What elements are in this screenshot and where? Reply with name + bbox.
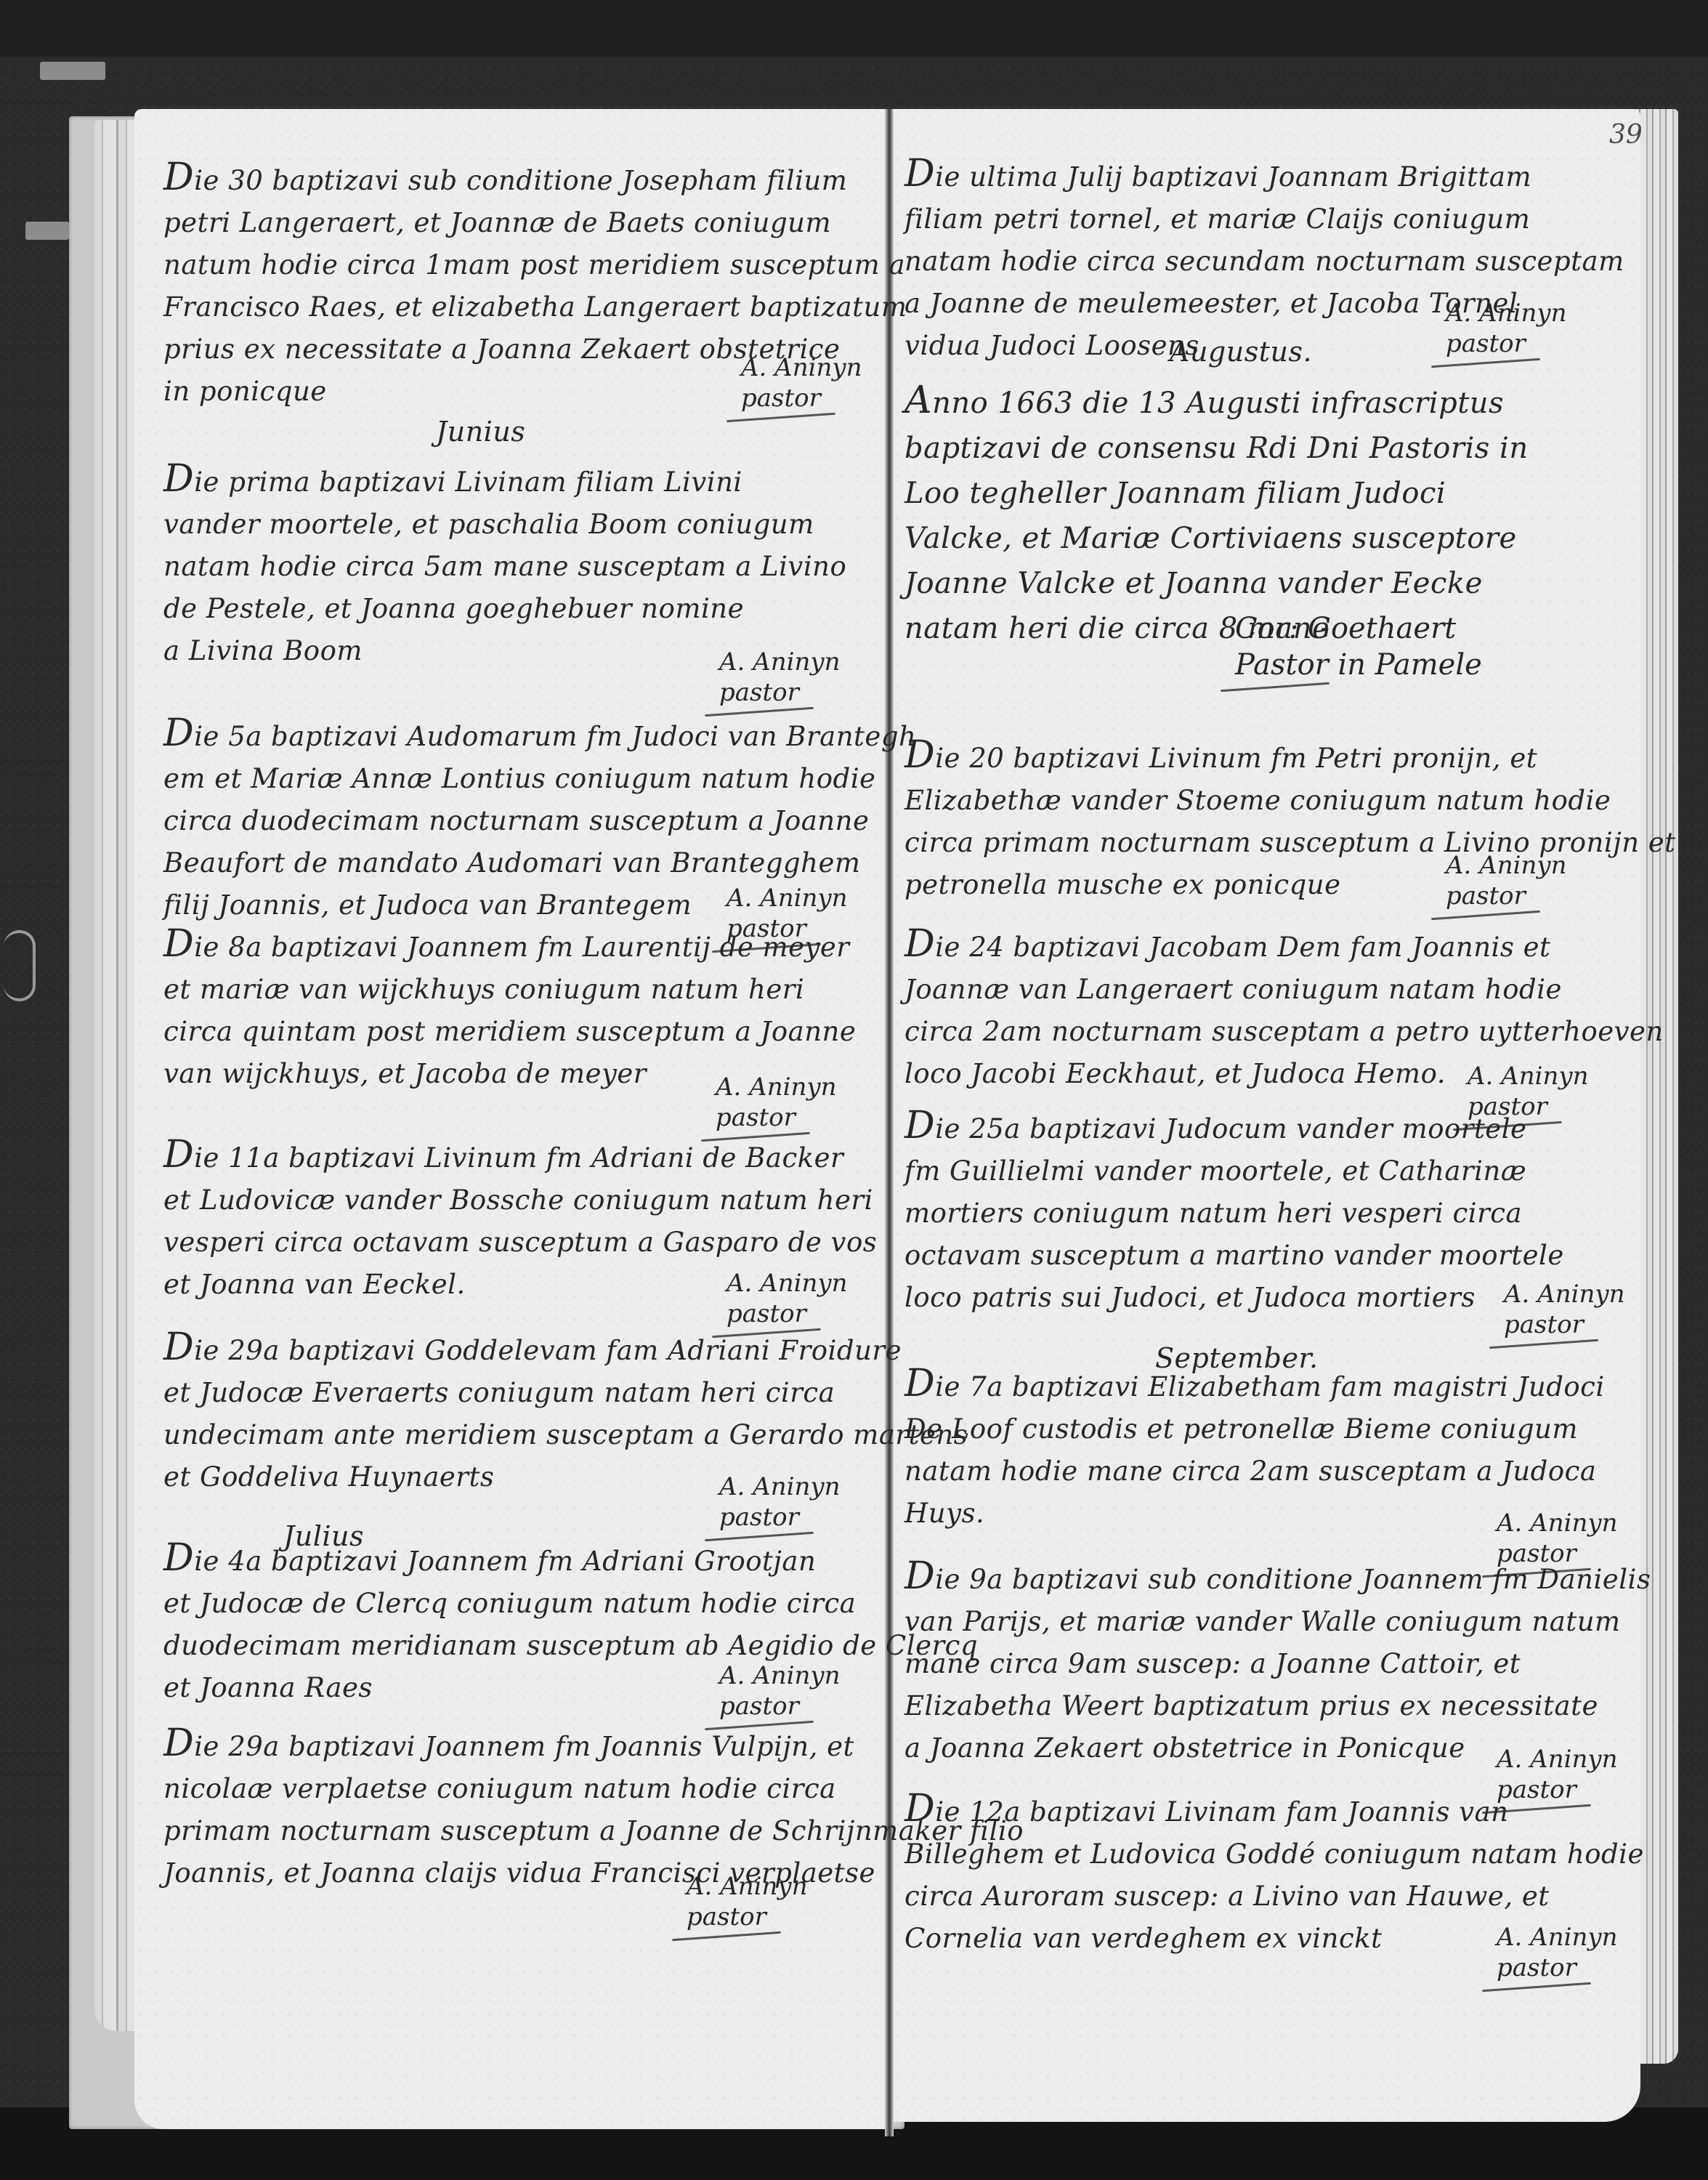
entry-line: van Parijs, et mariæ vander Walle coniug… <box>904 1601 1651 1643</box>
signature: A. Aninynpastor <box>1446 850 1567 916</box>
entry-line: vander moortele, et paschalia Boom coniu… <box>163 504 846 546</box>
entry-line: primam nocturnam susceptum a Joanne de S… <box>163 1810 1024 1852</box>
signature-name: A. Aninyn <box>719 1471 841 1502</box>
entry-line: circa duodecimam nocturnam susceptum a J… <box>163 800 916 842</box>
entry-line: Joannæ van Langeraert coniugum natam hod… <box>904 969 1664 1011</box>
signature-name: A. Aninyn <box>1497 1744 1618 1775</box>
register-entry: Die 29a baptizavi Joannem fm Joannis Vul… <box>163 1722 1024 1894</box>
signature-name: A. Aninyn <box>1497 1508 1618 1538</box>
entry-line: Die 29a baptizavi Joannem fm Joannis Vul… <box>163 1722 1024 1768</box>
signature-title: pastor <box>719 677 841 708</box>
entry-line: Die 9a baptizavi sub conditione Joannem … <box>904 1555 1651 1601</box>
signature-name: A. Aninyn <box>726 883 848 913</box>
entry-line: duodecimam meridianam susceptum ab Aegid… <box>163 1625 978 1667</box>
signature-name: A. Aninyn <box>716 1072 837 1102</box>
signature: A. Aninynpastor <box>1504 1279 1625 1345</box>
entry-line: circa 2am nocturnam susceptam a petro uy… <box>904 1011 1664 1053</box>
signature-name: A. Aninyn <box>726 1268 848 1299</box>
entry-line: Elizabethæ vander Stoeme coniugum natum … <box>904 780 1676 822</box>
entry-line: nicolaæ verplaetse coniugum natum hodie … <box>163 1768 1024 1810</box>
signature-name: Cor: Goethaert <box>1235 610 1482 647</box>
signature-name: A. Aninyn <box>741 352 862 383</box>
signature-title: pastor <box>687 1902 808 1932</box>
signature: A. Aninynpastor <box>726 1268 848 1334</box>
signature-title: Pastor in Pamele <box>1235 647 1482 683</box>
entry-line: Die 12a baptizavi Livinam fam Joannis va… <box>904 1788 1644 1833</box>
signature-title: pastor <box>1446 328 1567 359</box>
entry-line: baptizavi de consensu Rdi Dni Pastoris i… <box>904 426 1529 471</box>
entry-line: Die 7a baptizavi Elizabetham fam magistr… <box>904 1362 1605 1408</box>
scanner-background-top <box>0 0 1708 57</box>
entry-line: loco patris sui Judoci, et Judoca mortie… <box>904 1277 1564 1319</box>
entry-line: circa Auroram suscep: a Livino van Hauwe… <box>904 1876 1644 1918</box>
register-entry: Die prima baptizavi Livinam filiam Livin… <box>163 458 846 672</box>
signature: A. Aninynpastor <box>741 352 862 419</box>
entry-line: Billeghem et Ludovica Goddé coniugum nat… <box>904 1833 1644 1876</box>
entry-line: Die 25a baptizavi Judocum vander moortel… <box>904 1105 1564 1150</box>
signature-name: A. Aninyn <box>719 1660 841 1691</box>
entry-line: Joannis, et Joanna claijs vidua Francisc… <box>163 1852 1024 1894</box>
signature-name: A. Aninyn <box>687 1871 808 1902</box>
month-heading: Augustus. <box>1170 331 1312 373</box>
signature-title: pastor <box>726 1299 848 1329</box>
entry-line: Die 8a baptizavi Joannem fm Laurentij de… <box>163 923 856 969</box>
entry-line: et Judocæ de Clercq coniugum natum hodie… <box>163 1583 978 1625</box>
entry-line: Die 30 baptizavi sub conditione Josepham… <box>163 156 907 202</box>
entry-line: Francisco Raes, et elizabetha Langeraert… <box>163 286 907 328</box>
entry-line: Anno 1663 die 13 Augusti infrascriptus <box>904 378 1529 426</box>
signature: A. Aninynpastor <box>719 1660 841 1727</box>
entry-line: Beaufort de mandato Audomari van Branteg… <box>163 842 916 884</box>
register-entry: Die 9a baptizavi sub conditione Joannem … <box>904 1555 1651 1769</box>
entry-line: Valcke, et Mariæ Cortiviaens susceptore <box>904 516 1529 561</box>
entry-line: Die 11a baptizavi Livinum fm Adriani de … <box>163 1134 877 1179</box>
signature-name: A. Aninyn <box>1446 850 1567 881</box>
entry-line: et Goddeliva Huynaerts <box>163 1456 968 1498</box>
signature-title: pastor <box>719 1502 841 1533</box>
signature: A. Aninynpastor <box>719 1471 841 1538</box>
entry-line: Die 29a baptizavi Goddelevam fam Adriani… <box>163 1326 968 1372</box>
ribbon-tab-1 <box>40 62 105 80</box>
signature-title: pastor <box>1446 881 1567 911</box>
register-entry: Die 4a baptizavi Joannem fm Adriani Groo… <box>163 1537 978 1709</box>
entry-line: de Pestele, et Joanna goeghebuer nomine <box>163 588 846 630</box>
register-entry: Die 29a baptizavi Goddelevam fam Adriani… <box>163 1326 968 1498</box>
entry-line: De Loof custodis et petronellæ Bieme con… <box>904 1408 1605 1450</box>
signature: A. Aninynpastor <box>1497 1922 1618 1988</box>
signature-title: pastor <box>1504 1309 1625 1340</box>
folio-number: 39 <box>1609 120 1643 150</box>
entry-line: natam hodie mane circa 2am susceptam a J… <box>904 1450 1605 1493</box>
entry-line: et Joanna Raes <box>163 1667 978 1709</box>
entry-line: et Ludovicæ vander Bossche coniugum natu… <box>163 1179 877 1222</box>
signature-title: pastor <box>741 383 862 413</box>
entry-line: mane circa 9am suscep: a Joanne Cattoir,… <box>904 1643 1651 1685</box>
ribbon-tab-2 <box>25 222 69 240</box>
entry-line: et mariæ van wijckhuys coniugum natum he… <box>163 969 856 1011</box>
entry-line: Die 4a baptizavi Joannem fm Adriani Groo… <box>163 1537 978 1583</box>
entry-line: Loo tegheller Joannam filiam Judoci <box>904 471 1529 516</box>
entry-line: natam hodie circa 5am mane susceptam a L… <box>163 546 846 588</box>
entry-line: natam hodie circa secundam nocturnam sus… <box>904 241 1624 283</box>
entry-line: Elizabetha Weert baptizatum prius ex nec… <box>904 1685 1651 1727</box>
entry-line: fm Guillielmi vander moortele, et Cathar… <box>904 1150 1564 1192</box>
signature-name: A. Aninyn <box>1497 1922 1618 1953</box>
binding-string <box>4 930 36 1001</box>
entry-line: octavam susceptum a martino vander moort… <box>904 1235 1564 1277</box>
entry-line: petri Langeraert, et Joannæ de Baets con… <box>163 202 907 244</box>
month-heading: Junius <box>436 411 525 453</box>
entry-line: undecimam ante meridiem susceptam a Gera… <box>163 1414 968 1456</box>
signature-title: pastor <box>719 1691 841 1721</box>
signature: A. Aninynpastor <box>719 647 841 713</box>
entry-line: Die 20 baptizavi Livinum fm Petri pronij… <box>904 734 1676 780</box>
entry-line: circa quintam post meridiem susceptum a … <box>163 1011 856 1053</box>
signature: A. Aninynpastor <box>716 1072 837 1138</box>
entry-line: Die ultima Julij baptizavi Joannam Brigi… <box>904 153 1624 198</box>
signature-title: pastor <box>716 1102 837 1133</box>
entry-line: Die 5a baptizavi Audomarum fm Judoci van… <box>163 712 916 758</box>
entry-line: filiam petri tornel, et mariæ Claijs con… <box>904 198 1624 241</box>
entry-line: et Judocæ Everaerts coniugum natam heri … <box>163 1372 968 1414</box>
signature-name: A. Aninyn <box>1468 1061 1589 1091</box>
entry-line: Die prima baptizavi Livinam filiam Livin… <box>163 458 846 504</box>
entry-line: Joanne Valcke et Joanna vander Eecke <box>904 561 1529 606</box>
entry-line: vesperi circa octavam susceptum a Gaspar… <box>163 1222 877 1264</box>
signature: A. Aninynpastor <box>1446 298 1567 364</box>
register-entry: Die 8a baptizavi Joannem fm Laurentij de… <box>163 923 856 1095</box>
entry-line: natum hodie circa 1mam post meridiem sus… <box>163 244 907 286</box>
signature-name: A. Aninyn <box>719 647 841 677</box>
register-entry: Die 25a baptizavi Judocum vander moortel… <box>904 1105 1564 1319</box>
entry-line: Die 24 baptizavi Jacobam Dem fam Joannis… <box>904 923 1664 969</box>
signature-name: A. Aninyn <box>1504 1279 1625 1309</box>
signature: Cor: GoethaertPastor in Pamele <box>1235 610 1482 688</box>
entry-line: mortiers coniugum natum heri vesperi cir… <box>904 1192 1564 1235</box>
entry-line: em et Mariæ Annæ Lontius coniugum natum … <box>163 758 916 800</box>
signature-name: A. Aninyn <box>1446 298 1567 328</box>
signature-title: pastor <box>1497 1953 1618 1983</box>
signature: A. Aninynpastor <box>687 1871 808 1937</box>
